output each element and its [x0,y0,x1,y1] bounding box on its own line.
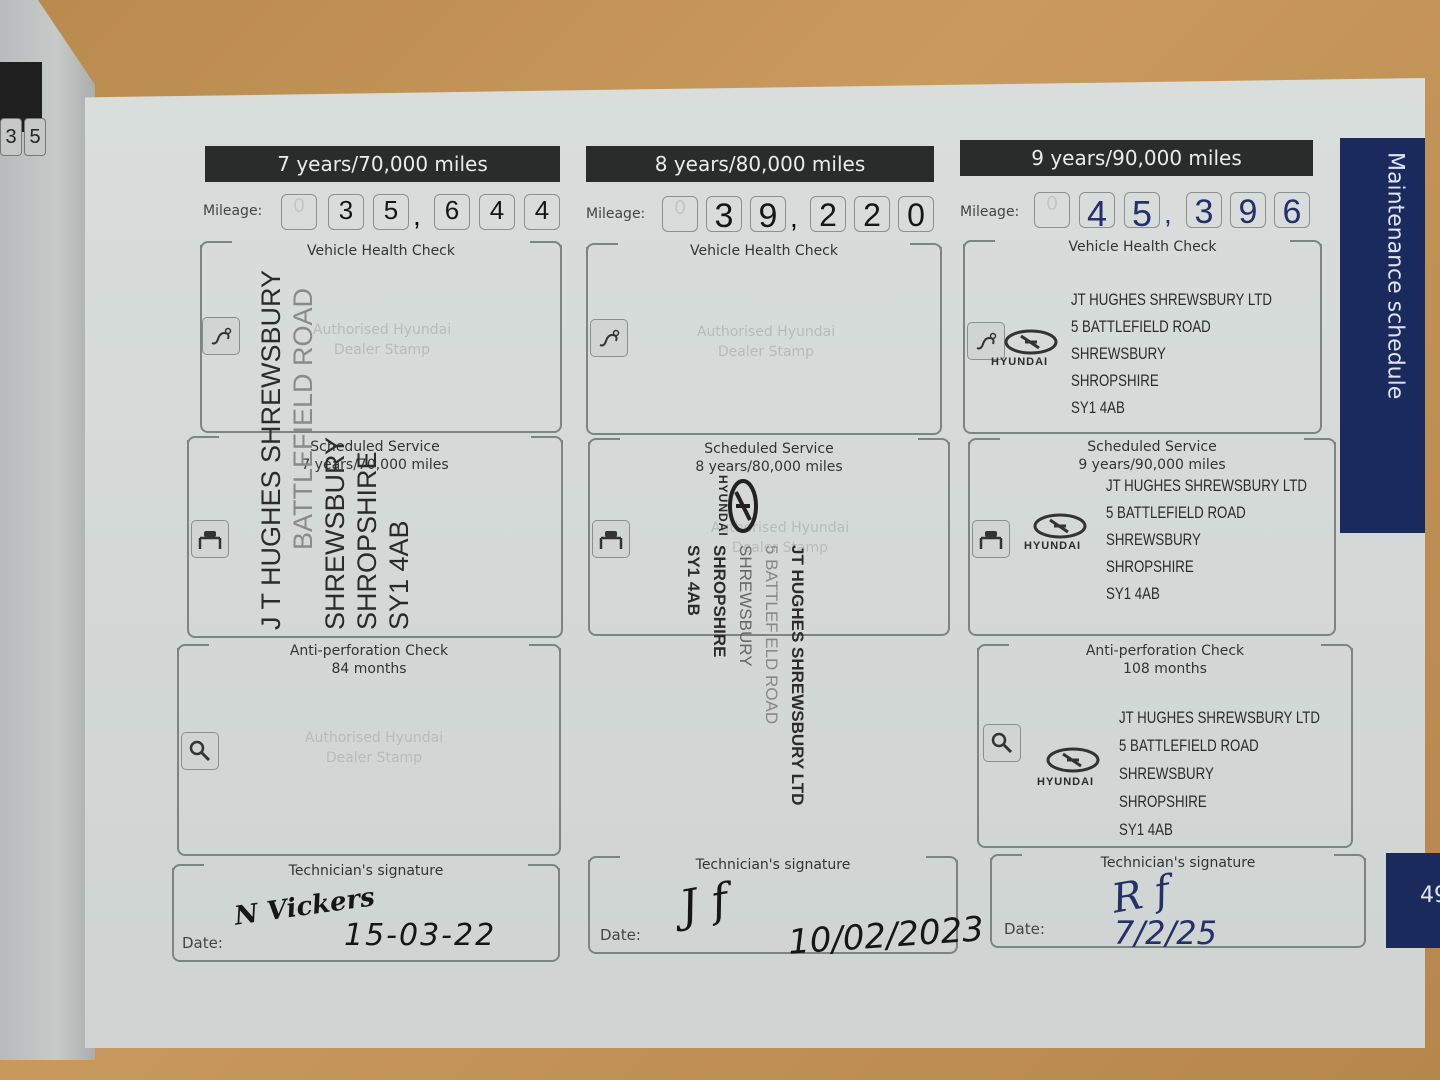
hyundai-wordmark: HYUNDAI [716,475,730,537]
technician-signature-box: Technician's signature Date: R f 7/2/25 [990,858,1366,948]
thousands-separator: , [1164,198,1172,230]
section-subtitle: 8 years/80,000 miles [590,458,948,476]
stethoscope-icon [590,319,628,357]
mileage-digit: 0 [281,194,317,230]
section-title: Anti-perforation Check [179,642,559,660]
vehicle-health-check-box: Vehicle Health Check HYUNDAI JT HUGHES S… [963,244,1322,434]
mileage-digit: 2 [810,196,846,232]
mileage-label: Mileage: [960,204,1019,220]
mileage-digit: 0 [898,196,934,232]
anti-perforation-check-box: Anti-perforation Check 108 months HYUNDA… [977,648,1353,848]
mileage-label: Mileage: [203,203,262,219]
date-label: Date: [600,926,641,944]
hyundai-logo-icon [1045,746,1101,778]
mileage-digit: 6 [434,194,470,230]
section-title: Technician's signature [590,856,956,874]
hyundai-wordmark: HYUNDAI [1024,540,1081,552]
mileage-digit: 5 [1124,192,1160,228]
mileage-digit: 0 [1034,192,1070,228]
section-subtitle: 108 months [979,660,1351,678]
technician-signature: J f [676,874,732,933]
car-lift-icon [191,520,229,558]
section-title: Anti-perforation Check [979,642,1351,660]
section-title: Vehicle Health Check [202,242,560,260]
section-title: Technician's signature [174,862,558,880]
magnifier-icon [181,732,219,770]
column-header: 9 years/90,000 miles [960,140,1313,176]
mileage-digit: 9 [750,196,786,232]
mileage-digit: 4 [1079,192,1115,228]
page-number-tab: 49 [1386,853,1440,948]
technician-signature-box: Technician's signature Date: N Vickers 1… [172,868,560,962]
hyundai-wordmark: HYUNDAI [991,356,1048,368]
previous-page-digit: 5 [24,118,46,156]
section-title: Scheduled Service [970,438,1334,456]
section-title: Scheduled Service [590,440,948,458]
stethoscope-icon [202,317,240,355]
mileage-label: Mileage: [586,206,645,222]
column-header: 8 years/80,000 miles [586,146,934,182]
date-label: Date: [1004,920,1045,938]
dealer-stamp: JT HUGHES SHREWSBURY LTD 5 BATTLEFIELD R… [680,545,810,805]
hyundai-logo-icon [726,478,760,538]
service-date: 15-03-22 [344,918,496,953]
dealer-stamp-placeholder: Authorised Hyundai Dealer Stamp [274,728,474,768]
section-title: Technician's signature [992,854,1364,872]
previous-page-edge: 3 5 [0,0,95,1060]
maintenance-schedule-tab[interactable]: Maintenance schedule [1340,138,1425,533]
mileage-digit: 3 [706,196,742,232]
date-label: Date: [182,934,223,952]
magnifier-icon [983,724,1021,762]
dealer-stamp-placeholder: Authorised Hyundai Dealer Stamp [666,322,866,362]
mileage-digit: 4 [524,194,560,230]
technician-signature-box: Technician's signature Date: J f 10/02/2… [588,860,958,954]
dealer-stamp: J T HUGHES SHREWSBURY BATTLEFIELD ROAD S… [255,270,415,630]
dealer-stamp: JT HUGHES SHREWSBURY LTD 5 BATTLEFIELD R… [1106,472,1307,607]
thousands-separator: , [413,200,421,232]
mileage-digit: 4 [479,194,515,230]
thousands-separator: , [790,202,798,234]
column-header: 7 years/70,000 miles [205,146,560,182]
section-title: Vehicle Health Check [965,238,1320,256]
dealer-stamp: JT HUGHES SHREWSBURY LTD 5 BATTLEFIELD R… [1119,704,1320,844]
mileage-digit: 0 [662,196,698,232]
car-lift-icon [972,520,1010,558]
tab-label: Maintenance schedule [1382,152,1407,399]
mileage-digit: 9 [1230,192,1266,228]
scheduled-service-box: Scheduled Service 9 years/90,000 miles H… [968,442,1336,636]
hyundai-wordmark: HYUNDAI [1037,776,1094,788]
mileage-digit: 2 [854,196,890,232]
mileage-digit: 3 [328,194,364,230]
stethoscope-icon [967,322,1005,360]
car-lift-icon [592,520,630,558]
mileage-digit: 3 [1186,192,1222,228]
dealer-stamp: JT HUGHES SHREWSBURY LTD 5 BATTLEFIELD R… [1071,286,1272,421]
anti-perforation-check-box: Anti-perforation Check 84 months Authori… [177,648,561,856]
section-title: Vehicle Health Check [588,242,940,260]
previous-page-digit: 3 [0,118,22,156]
mileage-digit: 6 [1274,192,1310,228]
vehicle-health-check-box: Vehicle Health Check Authorised Hyundai … [586,247,942,435]
section-subtitle: 84 months [179,660,559,678]
service-date: 7/2/25 [1114,914,1217,952]
mileage-digit: 5 [373,194,409,230]
